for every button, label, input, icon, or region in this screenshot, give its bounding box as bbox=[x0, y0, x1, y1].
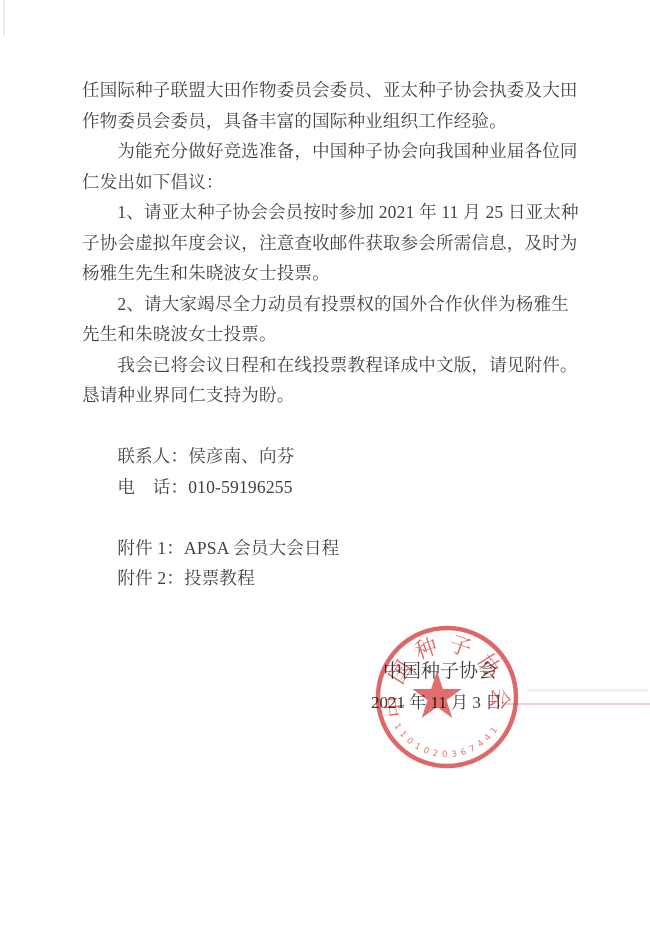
scanned-letter-page: 任国际种子联盟大田作物委员会委员、亚太种子协会执委及大田 作物委员会委员，具备丰… bbox=[0, 0, 650, 927]
contact-person-line: 联系人：侯彦南、向芬 bbox=[82, 441, 582, 472]
document-line: 先生和朱晓波女士投票。 bbox=[82, 319, 582, 350]
document-line: 恳请种业界同仁支持为盼。 bbox=[82, 380, 582, 411]
document-line: 我会已将会议日程和在线投票教程译成中文版，请见附件。 bbox=[82, 350, 582, 381]
document-line: 为能充分做好竞选准备，中国种子协会向我国种业届各位同 bbox=[82, 136, 582, 167]
document-line: 1、请亚太种子协会会员按时参加 2021 年 11 月 25 日亚太种 bbox=[82, 197, 582, 228]
contact-phone-line: 电 话：010-59196255 bbox=[82, 472, 582, 503]
attachment-2-line: 附件 2：投票教程 bbox=[82, 563, 582, 594]
document-line: 作物委员会委员，具备丰富的国际种业组织工作经验。 bbox=[82, 106, 582, 137]
document-line: 仁发出如下倡议： bbox=[82, 167, 582, 198]
document-line: 杨雅生先生和朱晓波女士投票。 bbox=[82, 258, 582, 289]
document-line-blank bbox=[82, 411, 582, 442]
attachment-1-line: 附件 1：APSA 会员大会日程 bbox=[82, 533, 582, 564]
scan-artifact-line bbox=[528, 689, 648, 692]
scan-edge-artifact bbox=[3, 0, 5, 36]
document-line: 任国际种子联盟大田作物委员会委员、亚太种子协会执委及大田 bbox=[82, 75, 582, 106]
letter-body: 任国际种子联盟大田作物委员会委员、亚太种子协会执委及大田 作物委员会委员，具备丰… bbox=[82, 75, 582, 594]
document-line: 2、请大家竭尽全力动员有投票权的国外合作伙伴为杨雅生 bbox=[82, 289, 582, 320]
scan-artifact-line bbox=[505, 703, 650, 705]
star-icon bbox=[412, 671, 461, 718]
official-seal: 中国种子协会 1101020367441 bbox=[371, 621, 523, 773]
document-line: 子协会虚拟年度会议，注意查收邮件获取参会所需信息，及时为 bbox=[82, 228, 582, 259]
document-line-blank bbox=[82, 502, 582, 533]
